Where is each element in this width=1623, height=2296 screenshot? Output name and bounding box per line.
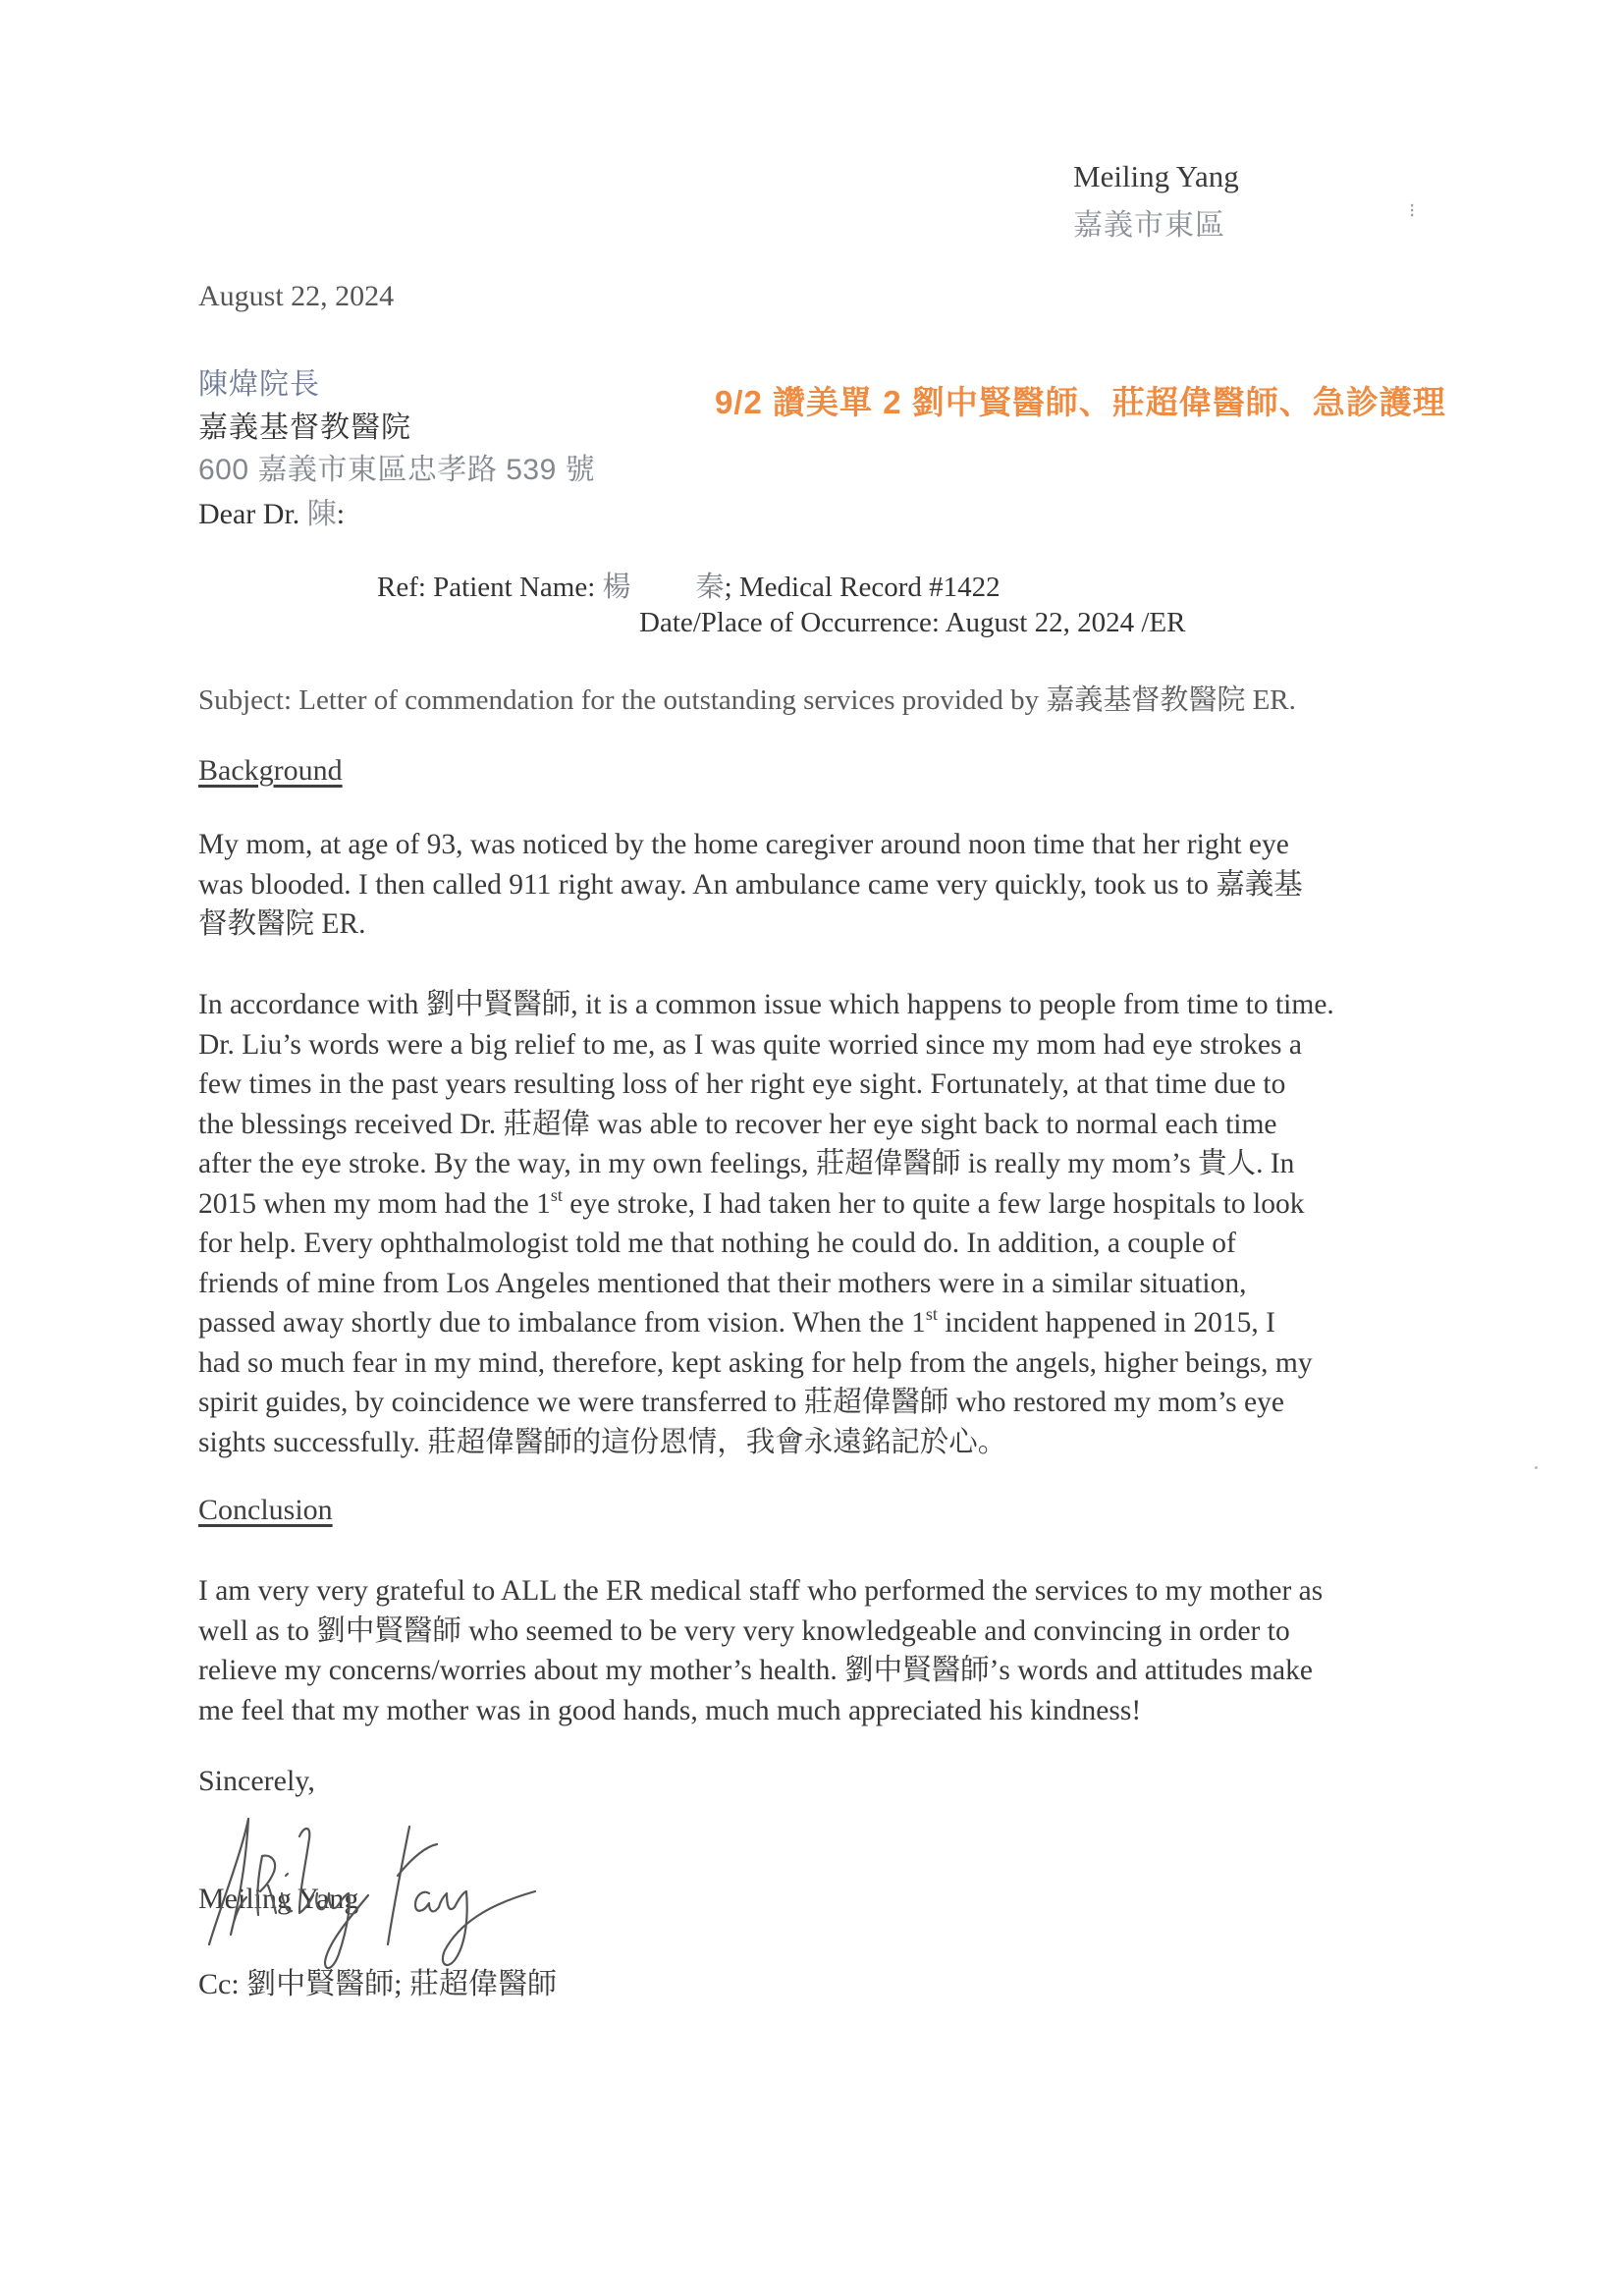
text-line: after the eye stroke. By the way, in my … [198, 1144, 1504, 1184]
text-line: was blooded. I then called 911 right awa… [198, 865, 1504, 905]
text-line: 2015 when my mom had the 1st eye stroke,… [198, 1184, 1504, 1225]
text-line: sights successfully. 莊超偉醫師的這份恩情，我會永遠銘記於心… [198, 1423, 1504, 1463]
text-line: had so much fear in my mind, therefore, … [198, 1343, 1504, 1384]
recipient-organization: 嘉義基督教醫院 [198, 403, 411, 446]
patient-name-start: 楊 [603, 572, 631, 603]
text-line: for help. Every ophthalmologist told me … [198, 1224, 1504, 1264]
text-fragment: 2015 when my mom had the 1 [198, 1188, 551, 1220]
text-line: well as to 劉中賢醫師 who seemed to be very v… [198, 1612, 1504, 1652]
text-line: few times in the past years resulting lo… [198, 1065, 1504, 1105]
text-line: I am very very grateful to ALL the ER me… [198, 1571, 1504, 1612]
annotation-stamp: 9/2 讚美單 2 劉中賢醫師、莊超偉醫師、急診護理 [715, 377, 1446, 423]
scan-speck [1535, 1466, 1538, 1469]
text-line: relieve my concerns/worries about my mot… [198, 1651, 1504, 1691]
sender-name: Meiling Yang [1073, 159, 1239, 194]
text-line: In accordance with 劉中賢醫師, it is a common… [198, 985, 1504, 1025]
text-line: passed away shortly due to imbalance fro… [198, 1303, 1504, 1343]
conclusion-paragraph: I am very very grateful to ALL the ER me… [198, 1571, 1504, 1730]
handwritten-signature [201, 1797, 594, 1974]
closing: Sincerely, [198, 1765, 315, 1798]
salutation-suffix: : [337, 498, 345, 530]
ordinal-superscript: st [926, 1304, 938, 1324]
recipient-title: 陳煒院長 [198, 359, 320, 403]
redaction-mark: ⁝ [1409, 206, 1415, 216]
sender-address: 嘉義市東區 [1073, 200, 1225, 244]
text-fragment: eye stroke, I had taken her to quite a f… [563, 1188, 1305, 1220]
text-fragment: passed away shortly due to imbalance fro… [198, 1307, 926, 1339]
carbon-copy: Cc: 劉中賢醫師; 莊超偉醫師 [198, 1959, 557, 2002]
text-line: spirit guides, by coincidence we were tr… [198, 1383, 1504, 1423]
heading-conclusion: Conclusion [198, 1494, 333, 1527]
text-line: My mom, at age of 93, was noticed by the… [198, 825, 1504, 865]
salutation-prefix: Dear Dr. [198, 498, 307, 530]
text-line: Dr. Liu’s words were a big relief to me,… [198, 1025, 1504, 1066]
text-line: 督教醫院 ER. [198, 904, 1504, 945]
medical-record: ; Medical Record #1422 [725, 572, 1001, 603]
patient-name-end: 秦 [696, 572, 725, 603]
salutation-name: 陳 [307, 498, 337, 530]
heading-background: Background [198, 754, 343, 788]
patient-label: Ref: Patient Name: [377, 572, 603, 603]
text-fragment: incident happened in 2015, I [938, 1307, 1275, 1339]
background-paragraph-2: In accordance with 劉中賢醫師, it is a common… [198, 985, 1504, 1462]
salutation: Dear Dr. 陳: [198, 489, 345, 532]
background-paragraph-1: My mom, at age of 93, was noticed by the… [198, 825, 1504, 945]
text-line: friends of mine from Los Angeles mention… [198, 1264, 1504, 1304]
recipient-address: 600 嘉義市東區忠孝路 539 號 [198, 445, 595, 488]
reference-patient: Ref: Patient Name: 楊秦; Medical Record #1… [377, 565, 1001, 605]
subject-line: Subject: Letter of commendation for the … [198, 678, 1296, 718]
letter-date: August 22, 2024 [198, 280, 394, 313]
text-line: me feel that my mother was in good hands… [198, 1691, 1504, 1731]
ordinal-superscript: st [551, 1185, 563, 1205]
reference-occurrence: Date/Place of Occurrence: August 22, 202… [639, 607, 1185, 639]
text-line: the blessings received Dr. 莊超偉 was able … [198, 1105, 1504, 1145]
